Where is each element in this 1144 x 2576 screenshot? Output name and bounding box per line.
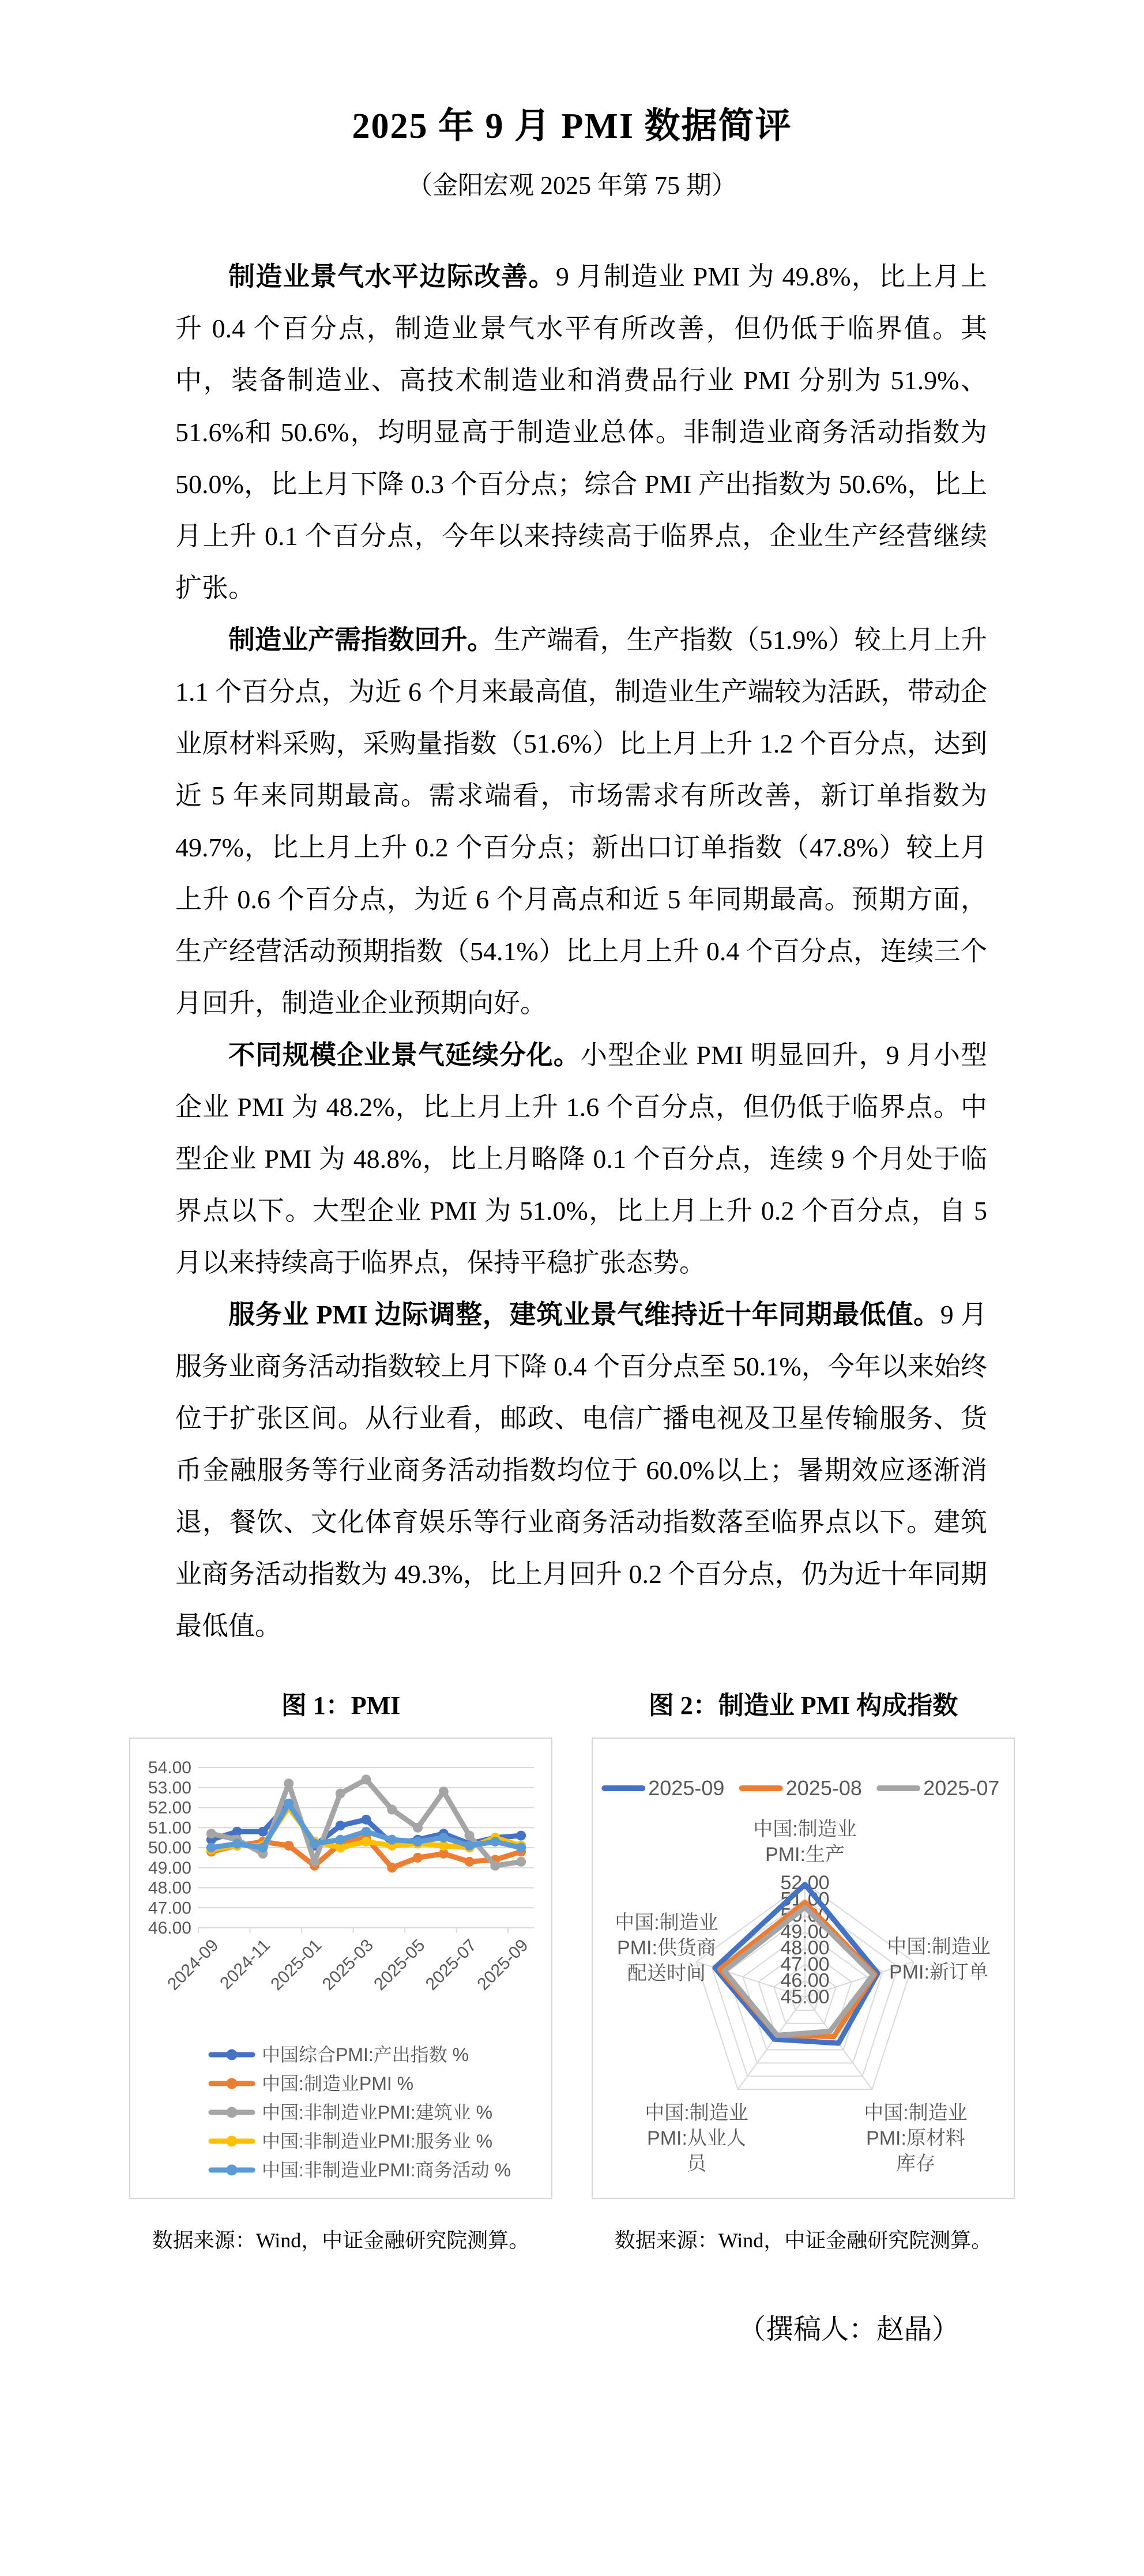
figure-1-caption: 图 1：PMI [129, 1684, 552, 1721]
svg-text:2025-07: 2025-07 [422, 1936, 480, 1994]
paragraph-4-text: 9 月服务业商务活动指数较上月下降 0.4 个百分点至 50.1%，今年以来始终… [175, 1300, 987, 1641]
svg-text:49.00: 49.00 [148, 1859, 191, 1878]
svg-text:中国:制造业: 中国:制造业 [753, 1818, 856, 1840]
svg-text:2025-03: 2025-03 [319, 1936, 377, 1994]
svg-text:PMI:生产: PMI:生产 [765, 1844, 845, 1866]
svg-text:52.00: 52.00 [148, 1799, 191, 1818]
svg-text:中国综合PMI:产出指数 %: 中国综合PMI:产出指数 % [262, 2044, 469, 2065]
svg-text:2025-01: 2025-01 [267, 1936, 325, 1994]
svg-text:中国:非制造业PMI:商务活动 %: 中国:非制造业PMI:商务活动 % [262, 2160, 511, 2180]
figures-row: 图 1：PMI 46.0047.0048.0049.0050.0051.0052… [129, 1684, 1015, 2254]
paragraph-1-text: 9 月制造业 PMI 为 49.8%，比上月上升 0.4 个百分点，制造业景气水… [175, 262, 987, 603]
svg-text:54.00: 54.00 [148, 1758, 191, 1777]
svg-text:PMI:新订单: PMI:新订单 [889, 1961, 988, 1983]
figure-2: 图 2：制造业 PMI 构成指数 45.0046.0047.0048.0049.… [592, 1684, 1015, 2254]
svg-text:PMI:原材料: PMI:原材料 [866, 2127, 965, 2149]
svg-text:中国:制造业: 中国:制造业 [615, 1912, 718, 1934]
figure-1-source: 数据来源：Wind，中证金融研究院测算。 [129, 2224, 552, 2254]
svg-text:2025-05: 2025-05 [370, 1936, 428, 1994]
svg-text:48.00: 48.00 [148, 1879, 191, 1898]
svg-text:中国:非制造业PMI:建筑业 %: 中国:非制造业PMI:建筑业 % [262, 2102, 492, 2123]
paragraph-4: 服务业 PMI 边际调整，建筑业景气维持近十年同期最低值。9 月服务业商务活动指… [175, 1289, 987, 1652]
svg-text:中国:制造业: 中国:制造业 [887, 1936, 990, 1958]
paragraph-3-lead: 不同规模企业景气延续分化。 [228, 1040, 581, 1070]
paragraph-1-lead: 制造业景气水平边际改善。 [228, 262, 556, 291]
paragraph-2-text: 生产端看，生产指数（51.9%）较上月上升 1.1 个百分点，为近 6 个月来最… [175, 625, 987, 1018]
pmi-radar-chart-svg: 45.0046.0047.0048.0049.0050.0051.0052.00… [593, 1739, 1014, 2198]
pmi-line-chart-svg: 46.0047.0048.0049.0050.0051.0052.0053.00… [130, 1739, 551, 2198]
pmi-line-chart: 46.0047.0048.0049.0050.0051.0052.0053.00… [129, 1738, 552, 2199]
paragraph-2: 制造业产需指数回升。生产端看，生产指数（51.9%）较上月上升 1.1 个百分点… [175, 614, 987, 1029]
svg-text:46.00: 46.00 [148, 1919, 191, 1938]
document-page: 2025 年 9 月 PMI 数据简评 （金阳宏观 2025 年第 75 期） … [0, 0, 1144, 2576]
svg-text:PMI:供货商: PMI:供货商 [617, 1937, 716, 1959]
svg-text:中国:制造业: 中国:制造业 [645, 2102, 748, 2124]
svg-text:2024-09: 2024-09 [164, 1936, 222, 1994]
svg-text:2024-11: 2024-11 [216, 1936, 274, 1994]
svg-text:配送时间: 配送时间 [627, 1962, 706, 1984]
svg-text:50.00: 50.00 [148, 1838, 191, 1857]
svg-text:53.00: 53.00 [148, 1778, 191, 1797]
document-body: 制造业景气水平边际改善。9 月制造业 PMI 为 49.8%，比上月上升 0.4… [175, 251, 987, 1652]
page-subtitle: （金阳宏观 2025 年第 75 期） [0, 164, 1144, 201]
svg-text:库存: 库存 [896, 2153, 935, 2175]
paragraph-3: 不同规模企业景气延续分化。小型企业 PMI 明显回升，9 月小型企业 PMI 为… [175, 1029, 987, 1289]
svg-text:员: 员 [687, 2153, 708, 2175]
svg-text:2025-07: 2025-07 [923, 1776, 999, 1800]
paragraph-4-lead: 服务业 PMI 边际调整，建筑业景气维持近十年同期最低值。 [228, 1300, 940, 1329]
pmi-radar-chart: 45.0046.0047.0048.0049.0050.0051.0052.00… [592, 1738, 1015, 2199]
svg-text:2025-09: 2025-09 [648, 1776, 724, 1800]
paragraph-1: 制造业景气水平边际改善。9 月制造业 PMI 为 49.8%，比上月上升 0.4… [175, 251, 987, 614]
svg-text:PMI:从业人: PMI:从业人 [647, 2127, 746, 2149]
svg-text:中国:制造业PMI %: 中国:制造业PMI % [262, 2073, 413, 2094]
svg-text:51.00: 51.00 [148, 1818, 191, 1837]
svg-text:47.00: 47.00 [148, 1898, 191, 1917]
svg-text:2025-09: 2025-09 [473, 1936, 532, 1994]
figure-1: 图 1：PMI 46.0047.0048.0049.0050.0051.0052… [129, 1684, 552, 2254]
svg-text:中国:非制造业PMI:服务业 %: 中国:非制造业PMI:服务业 % [262, 2131, 492, 2152]
svg-text:2025-08: 2025-08 [786, 1776, 862, 1800]
paragraph-2-lead: 制造业产需指数回升。 [228, 625, 494, 655]
paragraph-3-text: 小型企业 PMI 明显回升，9 月小型企业 PMI 为 48.2%，比上月上升 … [175, 1040, 987, 1277]
figure-2-source: 数据来源：Wind，中证金融研究院测算。 [592, 2224, 1015, 2254]
author-note: （撰稿人：赵晶） [0, 2307, 959, 2346]
figure-2-caption: 图 2：制造业 PMI 构成指数 [592, 1684, 1015, 1721]
page-title: 2025 年 9 月 PMI 数据简评 [0, 0, 1144, 148]
svg-text:中国:制造业: 中国:制造业 [864, 2102, 967, 2124]
